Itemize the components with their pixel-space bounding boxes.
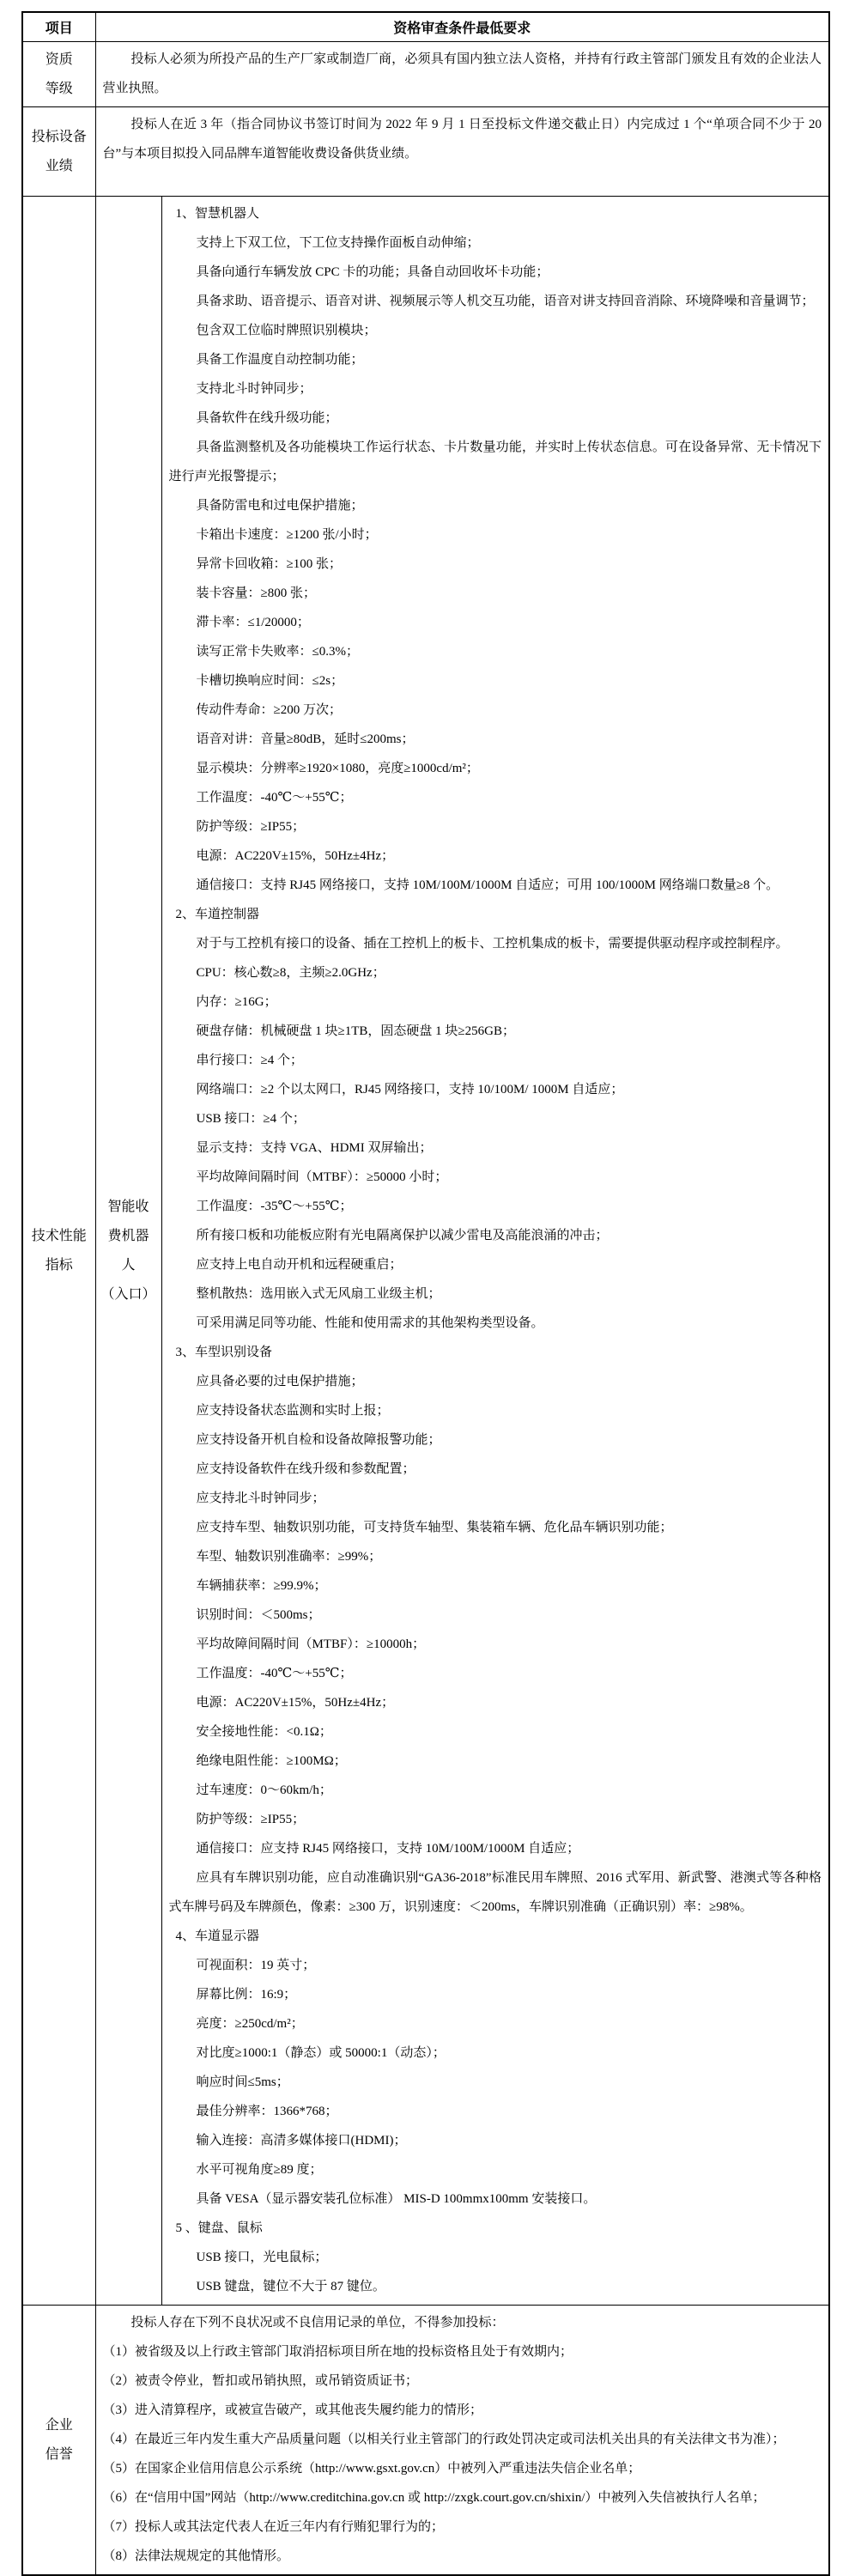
row-label-technical-indicators: 技术性能指标 [22, 197, 95, 2306]
text-line: 显示模块：分辨率≥1920×1080，亮度≥1000cd/m²； [197, 754, 822, 783]
text-line: （1）被省级及以上行政主管部门取消招标项目所在地的投标资格且处于有效期内； [103, 2337, 822, 2366]
text-line: USB 接口，光电鼠标； [197, 2243, 822, 2272]
text-line: 支持上下双工位，下工位支持操作面板自动伸缩； [197, 228, 822, 258]
text-line: 电源：AC220V±15%，50Hz±4Hz； [197, 841, 822, 871]
text-line: 应支持车型、轴数识别功能，可支持货车轴型、集装箱车辆、危化品车辆识别功能； [197, 1513, 822, 1542]
text-line: 水平可视角度≥89 度； [197, 2155, 822, 2184]
text-line: 应支持设备状态监测和实时上报； [197, 1396, 822, 1425]
text-line: 具备软件在线升级功能； [197, 404, 822, 433]
text-line: USB 键盘，键位不大于 87 键位。 [197, 2272, 822, 2301]
text-line: 投标设备 [23, 123, 95, 152]
text-line: （7）投标人或其法定代表人在近三年内有行贿犯罪行为的； [103, 2512, 822, 2542]
text-line: 输入连接：高清多媒体接口(HDMI)； [197, 2126, 822, 2155]
text-line: 通信接口：应支持 RJ45 网络接口，支持 10M/100M/1000M 自适应… [197, 1834, 822, 1863]
text-line: 具备 VESA（显示器安装孔位标准） MIS-D 100mmx100mm 安装接… [197, 2184, 822, 2214]
text-line: （入口） [96, 1280, 161, 1309]
text-line: 投标人存在下列不良状况或不良信用记录的单位，不得参加投标： [103, 2308, 822, 2337]
text-line: 应支持设备开机自检和设备故障报警功能； [197, 1425, 822, 1455]
table-row-qualification-grade: 资质等级 投标人必须为所投产品的生产厂家或制造厂商，必须具有国内独立法人资格，并… [22, 42, 829, 107]
text-line: 滞卡率：≤1/20000； [197, 608, 822, 637]
text-line: 绝缘电阻性能：≥100MΩ； [197, 1747, 822, 1776]
text-line: 具备防雷电和过电保护措施； [197, 491, 822, 520]
row-label-enterprise-credit: 企业信誉 [22, 2306, 95, 2576]
text-line: 支持北斗时钟同步； [197, 374, 822, 404]
text-line: 应支持设备软件在线升级和参数配置； [197, 1455, 822, 1484]
text-line: 包含双工位临时牌照识别模块； [197, 316, 822, 345]
cell-technical-indicators-content: 1、智慧机器人支持上下双工位，下工位支持操作面板自动伸缩；具备向通行车辆发放 C… [161, 197, 829, 2306]
text-line: 通信接口：支持 RJ45 网络接口，支持 10M/100M/1000M 自适应；… [197, 871, 822, 900]
text-line: 4、车道显示器 [176, 1922, 822, 1951]
text-line: 工作温度：-35℃～+55℃； [197, 1192, 822, 1221]
text-line: 具备向通行车辆发放 CPC 卡的功能；具备自动回收坏卡功能； [197, 258, 822, 287]
row-label-qualification-grade: 资质等级 [22, 42, 95, 107]
text-line: （5）在国家企业信用信息公示系统（http://www.gsxt.gov.cn）… [103, 2454, 822, 2483]
bid-qualification-document: 项目 资格审查条件最低要求 资质等级 投标人必须为所投产品的生产厂家或制造厂商，… [0, 0, 849, 2576]
text-line: 装卡容量：≥800 张； [197, 579, 822, 608]
text-line: 投标人必须为所投产品的生产厂家或制造厂商，必须具有国内独立法人资格，并持有行政主… [103, 45, 822, 103]
text-line: 识别时间：＜500ms； [197, 1601, 822, 1630]
text-line: 过车速度：0～60km/h； [197, 1776, 822, 1805]
text-line: 人 [96, 1251, 161, 1280]
text-line: 智能收 [96, 1193, 161, 1222]
text-line: 语音对讲：音量≥80dB，延时≤200ms； [197, 725, 822, 754]
text-line: 应具备必要的过电保护措施； [197, 1367, 822, 1396]
text-line: （8）法律法规规定的其他情形。 [103, 2542, 822, 2571]
text-line: 具备求助、语音提示、语音对讲、视频展示等人机交互功能，语音对讲支持回音消除、环境… [197, 287, 822, 316]
text-line: 所有接口板和功能板应附有光电隔离保护以减少雷电及高能浪涌的冲击； [197, 1221, 822, 1250]
text-line: 亮度：≥250cd/m²； [197, 2009, 822, 2038]
text-line: 应支持北斗时钟同步； [197, 1484, 822, 1513]
text-line: 等级 [23, 75, 95, 104]
text-line: 异常卡回收箱：≥100 张； [197, 550, 822, 579]
text-line: 卡箱出卡速度：≥1200 张/小时； [197, 520, 822, 550]
text-line: 信誉 [23, 2440, 95, 2470]
text-line: 指标 [23, 1251, 95, 1280]
text-line: 安全接地性能：<0.1Ω； [197, 1717, 822, 1747]
text-line: （3）进入清算程序，或被宣告破产，或其他丧失履约能力的情形； [103, 2396, 822, 2425]
text-line: 传动件寿命：≥200 万次； [197, 696, 822, 725]
text-line: 具备监测整机及各功能模块工作运行状态、卡片数量功能，并实时上传状态信息。可在设备… [169, 433, 822, 491]
text-line: 应具有车牌识别功能，应自动准确识别“GA36-2018”标准民用车牌照、2016… [169, 1863, 822, 1922]
text-line: 串行接口：≥4 个； [197, 1046, 822, 1075]
text-line: 技术性能 [23, 1222, 95, 1251]
qualification-requirements-table: 项目 资格审查条件最低要求 资质等级 投标人必须为所投产品的生产厂家或制造厂商，… [21, 11, 830, 2576]
text-line: 业绩 [23, 152, 95, 181]
text-line: 2、车道控制器 [176, 900, 822, 929]
text-line: 应支持上电自动开机和远程硬重启； [197, 1250, 822, 1279]
text-line: 电源：AC220V±15%，50Hz±4Hz； [197, 1688, 822, 1717]
text-line: 资质 [23, 46, 95, 75]
sub-label-toll-robot-entrance: 智能收费机器人（入口） [95, 197, 161, 2306]
header-row: 项目 资格审查条件最低要求 [22, 12, 829, 42]
text-line: 5 、键盘、鼠标 [176, 2214, 822, 2243]
text-line: 可视面积：19 英寸； [197, 1951, 822, 1980]
text-line: （2）被责令停业，暂扣或吊销执照，或吊销资质证书； [103, 2366, 822, 2396]
text-line: 显示支持：支持 VGA、HDMI 双屏输出； [197, 1133, 822, 1163]
text-line: CPU：核心数≥8，主频≥2.0GHz； [197, 958, 822, 987]
column-header-requirements: 资格审查条件最低要求 [95, 12, 829, 42]
text-line: 响应时间≤5ms； [197, 2068, 822, 2097]
text-line: 投标人在近 3 年（指合同协议书签订时间为 2022 年 9 月 1 日至投标文… [103, 110, 822, 168]
text-line: 整机散热：选用嵌入式无风扇工业级主机； [197, 1279, 822, 1309]
cell-enterprise-credit-content: 投标人存在下列不良状况或不良信用记录的单位，不得参加投标：（1）被省级及以上行政… [95, 2306, 829, 2576]
column-header-item: 项目 [22, 12, 95, 42]
table-row-enterprise-credit: 企业信誉 投标人存在下列不良状况或不良信用记录的单位，不得参加投标：（1）被省级… [22, 2306, 829, 2576]
text-line: 最佳分辨率：1366*768； [197, 2097, 822, 2126]
text-line: 网络端口：≥2 个以太网口，RJ45 网络接口，支持 10/100M/ 1000… [197, 1075, 822, 1104]
text-line: 具备工作温度自动控制功能； [197, 345, 822, 374]
text-line: 读写正常卡失败率：≤0.3%； [197, 637, 822, 666]
text-line: USB 接口：≥4 个； [197, 1104, 822, 1133]
text-line: 1、智慧机器人 [176, 199, 822, 228]
text-line: 平均故障间隔时间（MTBF）：≥10000h； [197, 1630, 822, 1659]
table-row-technical-indicators: 技术性能指标 智能收费机器人（入口） 1、智慧机器人支持上下双工位，下工位支持操… [22, 197, 829, 2306]
row-label-equipment-performance: 投标设备业绩 [22, 107, 95, 197]
text-line: 屏幕比例：16:9； [197, 1980, 822, 2009]
text-line: 3、车型识别设备 [176, 1338, 822, 1367]
text-line: 硬盘存储：机械硬盘 1 块≥1TB，固态硬盘 1 块≥256GB； [197, 1017, 822, 1046]
text-line: 内存：≥16G； [197, 987, 822, 1017]
text-line: 费机器 [96, 1222, 161, 1251]
text-line: 车型、轴数识别准确率：≥99%； [197, 1542, 822, 1571]
text-line: 工作温度：-40℃～+55℃； [197, 783, 822, 812]
cell-equipment-performance-content: 投标人在近 3 年（指合同协议书签订时间为 2022 年 9 月 1 日至投标文… [95, 107, 829, 197]
text-line: （6）在“信用中国”网站（http://www.creditchina.gov.… [103, 2483, 822, 2512]
text-line: 工作温度：-40℃～+55℃； [197, 1659, 822, 1688]
cell-qualification-grade-content: 投标人必须为所投产品的生产厂家或制造厂商，必须具有国内独立法人资格，并持有行政主… [95, 42, 829, 107]
text-line: 企业 [23, 2411, 95, 2440]
text-line: （4）在最近三年内发生重大产品质量问题（以相关行业主管部门的行政处罚决定或司法机… [103, 2425, 822, 2454]
text-line: 对于与工控机有接口的设备、插在工控机上的板卡、工控机集成的板卡，需要提供驱动程序… [197, 929, 822, 958]
text-line: 防护等级：≥IP55； [197, 1805, 822, 1834]
text-line: 对比度≥1000:1（静态）或 50000:1（动态）； [197, 2038, 822, 2068]
text-line: 车辆捕获率：≥99.9%； [197, 1571, 822, 1601]
table-row-equipment-performance: 投标设备业绩 投标人在近 3 年（指合同协议书签订时间为 2022 年 9 月 … [22, 107, 829, 197]
text-line: 平均故障间隔时间（MTBF）：≥50000 小时； [197, 1163, 822, 1192]
text-line: 防护等级：≥IP55； [197, 812, 822, 841]
text-line: 卡槽切换响应时间：≤2s； [197, 666, 822, 696]
text-line: 可采用满足同等功能、性能和使用需求的其他架构类型设备。 [197, 1309, 822, 1338]
